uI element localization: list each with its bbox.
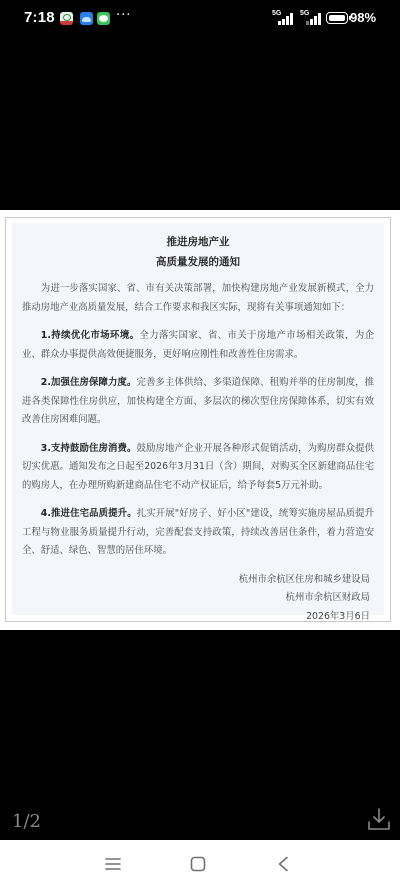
document-title: 推进房地产业 高质量发展的通知 (22, 232, 374, 272)
download-button[interactable] (365, 806, 393, 834)
section-2: 2.加强住房保障力度。完善多主体供给、多渠道保障、租购并举的住房制度，推进各类保… (22, 374, 374, 430)
home-icon (190, 856, 206, 872)
section-1: 1.持续优化市场环境。全力落实国家、省、市关于房地产市场相关政策，为企业、群众办… (22, 327, 374, 364)
intro-paragraph: 为进一步落实国家、省、市有关决策部署，加快构建房地产业发展新模式，全力推动房地产… (22, 280, 374, 317)
news-app-icon (60, 12, 73, 25)
menu-icon (105, 857, 121, 871)
section-heading: 1.持续优化市场环境。 (41, 330, 140, 341)
download-icon (365, 806, 393, 834)
page-indicator: 1/2 (12, 811, 41, 832)
battery-percent: 98% (350, 10, 376, 25)
more-notifications-icon: ··· (116, 8, 131, 23)
section-heading: 2.加强住房保障力度。 (41, 377, 137, 388)
section-heading: 4.推进住宅品质提升。 (41, 508, 137, 519)
signal-icon-secondary: 5G (300, 10, 326, 26)
status-time: 7:18 (24, 9, 55, 26)
messages-app-icon (97, 12, 110, 25)
recent-apps-button[interactable] (99, 852, 127, 876)
document-image[interactable]: 推进房地产业 高质量发展的通知 为进一步落实国家、省、市有关决策部署，加快构建房… (0, 210, 400, 630)
system-nav-bar (0, 840, 400, 889)
cloud-app-icon (80, 12, 93, 25)
document-panel: 推进房地产业 高质量发展的通知 为进一步落实国家、省、市有关决策部署，加快构建房… (12, 223, 384, 615)
title-line-2: 高质量发展的通知 (22, 252, 374, 272)
document-frame: 推进房地产业 高质量发展的通知 为进一步落实国家、省、市有关决策部署，加快构建房… (5, 217, 391, 622)
signatory-2: 杭州市余杭区财政局 (22, 589, 370, 608)
status-bar: 7:18 ··· 5G 5G 98% (0, 0, 400, 38)
battery-icon (326, 12, 348, 24)
home-button[interactable] (184, 852, 212, 876)
document-date: 2026年3月6日 (22, 608, 370, 627)
section-heading: 3.支持鼓励住房消费。 (41, 443, 137, 454)
back-button[interactable] (269, 852, 297, 876)
section-4: 4.推进住宅品质提升。扎实开展"好房子、好小区"建设，统筹实施房屋品质提升工程与… (22, 505, 374, 561)
section-3: 3.支持鼓励住房消费。鼓励房地产企业开展各种形式促销活动，为购房群众提供切实优惠… (22, 440, 374, 496)
signal-icon: 5G (272, 10, 298, 26)
signatory-1: 杭州市余杭区住房和城乡建设局 (22, 571, 370, 590)
signature-block: 杭州市余杭区住房和城乡建设局 杭州市余杭区财政局 2026年3月6日 (22, 571, 374, 627)
title-line-1: 推进房地产业 (22, 232, 374, 252)
back-icon (277, 856, 289, 872)
